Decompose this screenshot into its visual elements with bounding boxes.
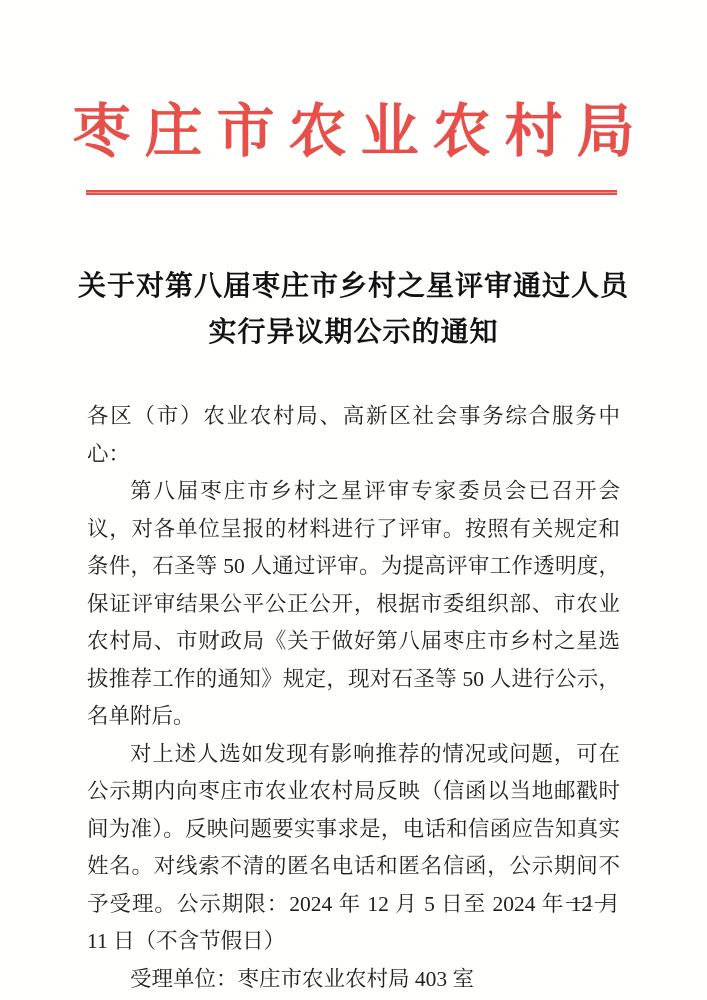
document-title-line2: 实行异议期公示的通知 [0, 310, 707, 356]
document-body: 各区（市）农业农村局、高新区社会事务综合服务中心： 第八届枣庄市乡村之星评审专家… [87, 398, 620, 998]
body-paragraph: 对上述人选如发现有影响推荐的情况或问题，可在公示期内向枣庄市农业农村局反映（信函… [87, 736, 620, 961]
document-title-line1: 关于对第八届枣庄市乡村之星评审通过人员 [0, 264, 707, 310]
body-paragraph: 第八届枣庄市乡村之星评审专家委员会已召开会议，对各单位呈报的材料进行了评审。按照… [87, 473, 620, 736]
body-paragraph-acceptance-unit: 受理单位：枣庄市农业农村局 403 室 [87, 961, 620, 999]
page-number: —1— [558, 891, 622, 912]
salutation: 各区（市）农业农村局、高新区社会事务综合服务中心： [87, 398, 620, 473]
letterhead-agency-name: 枣庄市农业农村局 [0, 96, 707, 168]
document-title: 关于对第八届枣庄市乡村之星评审通过人员 实行异议期公示的通知 [0, 264, 707, 356]
letterhead-red-divider [86, 190, 617, 195]
document-page: 枣庄市农业农村局 关于对第八届枣庄市乡村之星评审通过人员 实行异议期公示的通知 … [0, 0, 707, 1000]
